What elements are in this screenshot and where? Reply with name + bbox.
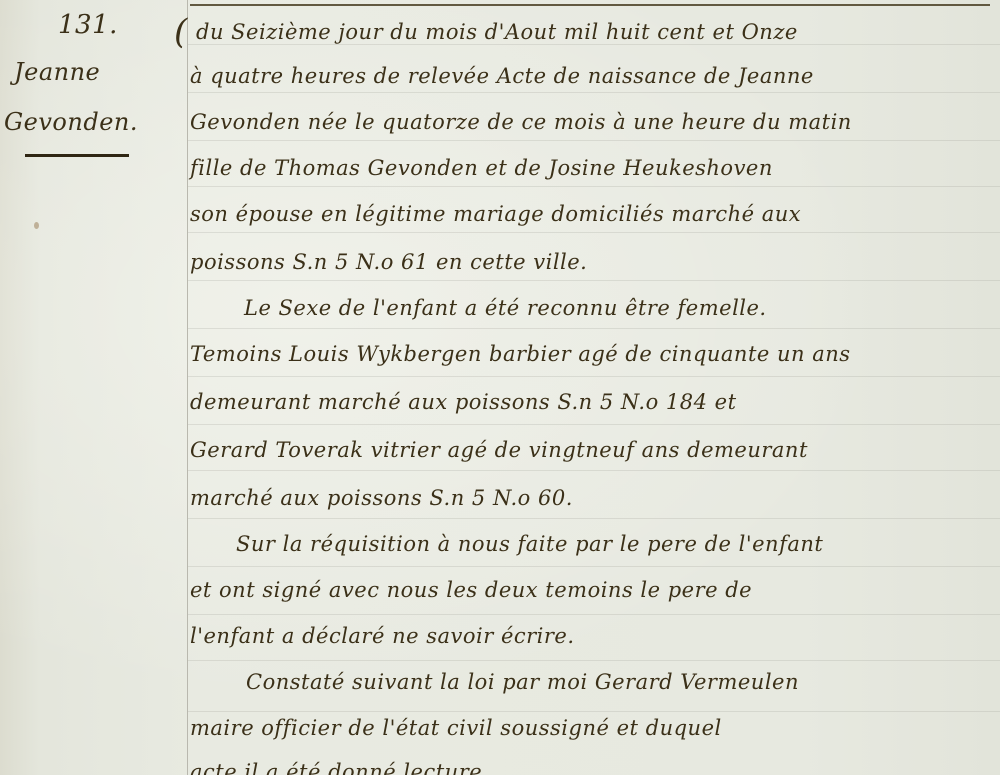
ruled-line — [188, 232, 1000, 233]
body-line: fille de Thomas Gevonden et de Josine He… — [190, 158, 773, 179]
body-line: maire officier de l'état civil soussigné… — [190, 718, 722, 739]
body-line: Gevonden née le quatorze de ce mois à un… — [190, 112, 852, 133]
body-line: marché aux poissons S.n 5 N.o 60. — [190, 488, 573, 509]
body-line: Le Sexe de l'enfant a été reconnu être f… — [244, 298, 767, 319]
ruled-line — [188, 44, 1000, 45]
body-line: son épouse en légitime mariage domicilié… — [190, 204, 801, 225]
opening-bracket: ( — [174, 12, 187, 52]
body-line: et ont signé avec nous les deux temoins … — [190, 580, 752, 601]
top-rule — [190, 4, 990, 6]
body-line: acte il a été donné lecture. — [190, 762, 489, 775]
body-line: Gerard Toverak vitrier agé de vingtneuf … — [190, 440, 808, 461]
ruled-line — [188, 614, 1000, 615]
ruled-line — [188, 470, 1000, 471]
paper-stain — [34, 222, 39, 229]
ruled-line — [188, 660, 1000, 661]
entry-number: 131. — [58, 10, 118, 40]
margin-surname: Gevonden. — [4, 108, 138, 136]
body-line: l'enfant a déclaré ne savoir écrire. — [190, 626, 575, 647]
body-line: Temoins Louis Wykbergen barbier agé de c… — [190, 344, 851, 365]
ruled-line — [188, 424, 1000, 425]
ruled-line — [188, 186, 1000, 187]
body-line: du Seizième jour du mois d'Aout mil huit… — [196, 22, 798, 43]
register-page: 131. Jeanne Gevonden. ( du Seizième jour… — [0, 0, 1000, 775]
body-line: Sur la réquisition à nous faite par le p… — [236, 534, 823, 555]
margin-given-name: Jeanne — [14, 58, 100, 86]
body-line: poissons S.n 5 N.o 61 en cette ville. — [190, 252, 587, 273]
ruled-line — [188, 280, 1000, 281]
body-line: demeurant marché aux poissons S.n 5 N.o … — [190, 392, 737, 413]
ruled-line — [188, 566, 1000, 567]
ruled-line — [188, 376, 1000, 377]
ruled-line — [188, 711, 1000, 712]
body-line: à quatre heures de relevée Acte de naiss… — [190, 66, 814, 87]
ruled-line — [188, 518, 1000, 519]
ruled-line — [188, 328, 1000, 329]
margin-underline — [25, 154, 129, 157]
ruled-line — [188, 92, 1000, 93]
ruled-line — [188, 140, 1000, 141]
margin-line — [187, 0, 188, 775]
body-line: Constaté suivant la loi par moi Gerard V… — [246, 672, 799, 693]
